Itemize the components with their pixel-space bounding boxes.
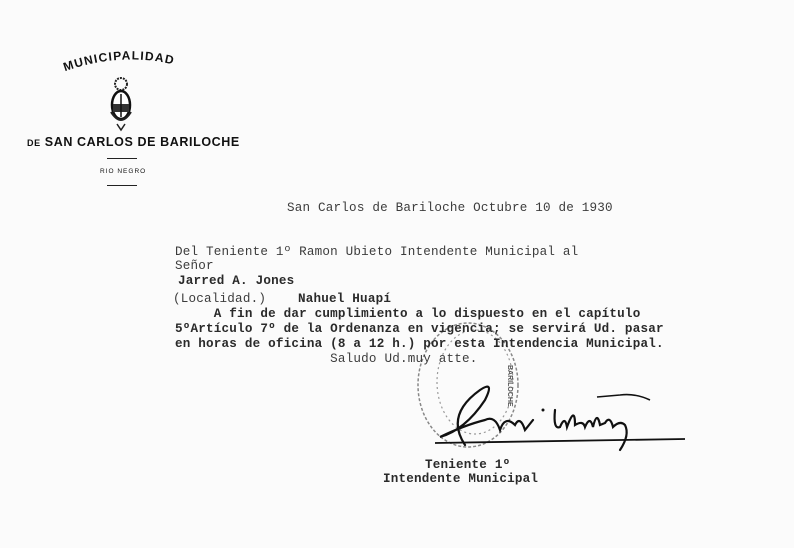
divider <box>107 158 137 159</box>
divider <box>107 185 137 186</box>
salutation: Señor <box>175 259 214 274</box>
argentine-coat-of-arms-icon <box>107 72 135 132</box>
svg-text:MUNICIPALIDAD: MUNICIPALIDAD <box>61 48 176 74</box>
closing-line: Saludo Ud.muy atte. <box>175 352 478 367</box>
date-line: San Carlos de Bariloche Octubre 10 de 19… <box>287 201 613 216</box>
recipient-name: Jarred A. Jones <box>178 274 294 289</box>
body-line-3: en horas de oficina (8 a 12 h.) por esta… <box>175 337 664 352</box>
letterhead-city: DE SAN CARLOS DE BARILOCHE <box>27 135 240 149</box>
locality-value: Nahuel Huapí <box>298 292 391 307</box>
body-line-2: 5ºArtículo 7º de la Ordenanza en vigenci… <box>175 322 664 337</box>
body-line-1: A fin de dar cumplimiento a lo dispuesto… <box>175 307 640 322</box>
signer-title: Intendente Municipal <box>383 472 538 487</box>
from-line: Del Teniente 1º Ramon Ubieto Intendente … <box>175 245 578 260</box>
letterhead-province: RIO NEGRO <box>100 168 146 175</box>
locality-label: (Localidad.) <box>173 292 266 307</box>
signer-rank: Teniente 1º <box>425 458 510 473</box>
handwritten-signature <box>425 375 695 455</box>
